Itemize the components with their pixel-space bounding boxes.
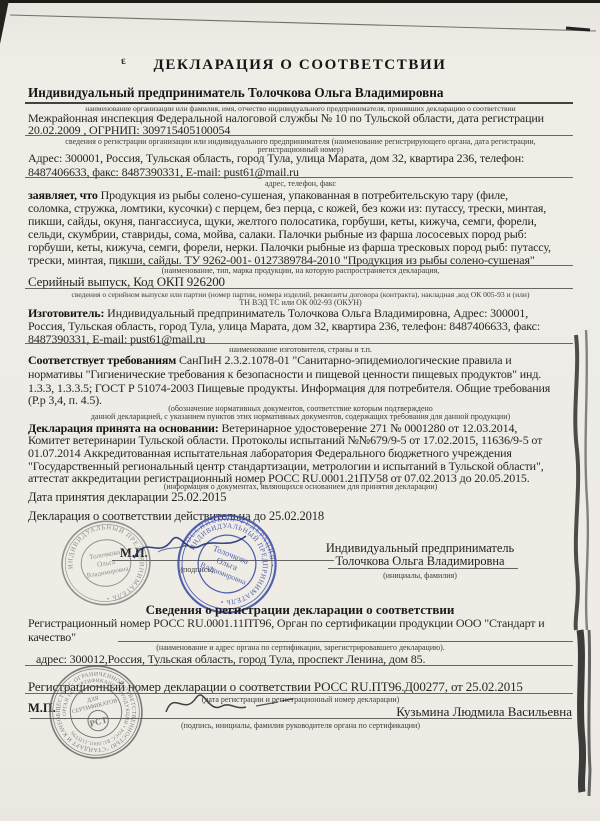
field-caption-certbody: (наименование и адрес органа по сертифик… — [28, 643, 573, 652]
field-caption-address: адрес, телефон, факс — [28, 179, 573, 188]
conformity-requirements-line: Соответствует требованиям СанПиН 2.3.2.1… — [28, 353, 512, 368]
stamp-center-text: Толочкова — [212, 543, 251, 566]
date-adopted-line: Дата принятия декларации 25.02.2015 — [28, 490, 226, 505]
conforms-text: СанПиН 2.3.2.1078-01 "Санитарно-эпидемио… — [176, 353, 511, 367]
declares-lead: заявляет, что — [28, 188, 98, 202]
divider — [25, 665, 573, 666]
manufacturer-text: Индивидуальный предприниматель Толочкова… — [104, 306, 528, 320]
applicant-name: Индивидуальный предприниматель Толочкова… — [28, 85, 443, 101]
page-title: ДЕКЛАРАЦИЯ О СООТВЕТСТВИИ — [0, 57, 600, 74]
field-caption-normdocs: данной декларацией, с указанием пунктов … — [28, 412, 573, 421]
field-caption-declregnum: (дата регистрации и регистрационный номе… — [28, 695, 573, 704]
divider — [25, 135, 573, 136]
document-page: ε ДЕКЛАРАЦИЯ О СООТВЕТСТВИИ Индивидуальн… — [0, 0, 600, 821]
conforms-lead: Соответствует требованиям — [28, 353, 176, 367]
applicant-signature-name: Толочкова Ольга Владимировна — [322, 554, 518, 569]
valid-until-line: Декларация о соответствии действительна … — [28, 509, 324, 524]
field-caption-podpis: (подпись) — [112, 565, 282, 574]
divider — [118, 641, 573, 642]
manufacturer-lead: Изготовитель: — [28, 306, 104, 320]
registration-number-line: Регистрационный номер РОСС RU.0001.11ПТ9… — [28, 616, 544, 631]
applicant-address-line: Адрес: 300001, Россия, Тульская область,… — [28, 151, 524, 166]
declares-text: Продукция из рыбы солено-сушеная, упаков… — [98, 188, 508, 202]
divider — [25, 693, 573, 694]
field-caption-initials: (инициалы, фамилия) — [322, 571, 518, 580]
divider — [25, 343, 573, 344]
mp-place-of-seal: М.П. — [120, 546, 148, 561]
divider — [25, 288, 573, 289]
scan-diagonal-line — [0, 0, 600, 50]
signature-rule — [30, 718, 572, 719]
conformity-requirements-line: нормативы "Гигиенические требования к бе… — [28, 367, 541, 382]
mp-place-of-seal: М.П. — [28, 701, 56, 716]
divider — [25, 177, 573, 178]
signature-rule — [112, 560, 334, 561]
signature-rule — [328, 568, 518, 569]
stamp-ring-text: ИНДИВИДУАЛЬНЫЙ ПРЕДПРИНИМАТЕЛЬ • — [61, 518, 151, 608]
field-caption-headsign: (подпись, инициалы, фамилия руководителя… — [28, 721, 573, 730]
svg-text:ИНДИВИДУАЛЬНЫЙ ПРЕДПРИНИМАТЕЛЬ: ИНДИВИДУАЛЬНЫЙ ПРЕДПРИНИМАТЕЛЬ • — [61, 518, 151, 608]
conformity-requirements-line: 1.3.3, 1.3.3.5; ГОСТ Р 51074-2003 Пищевы… — [28, 381, 550, 396]
